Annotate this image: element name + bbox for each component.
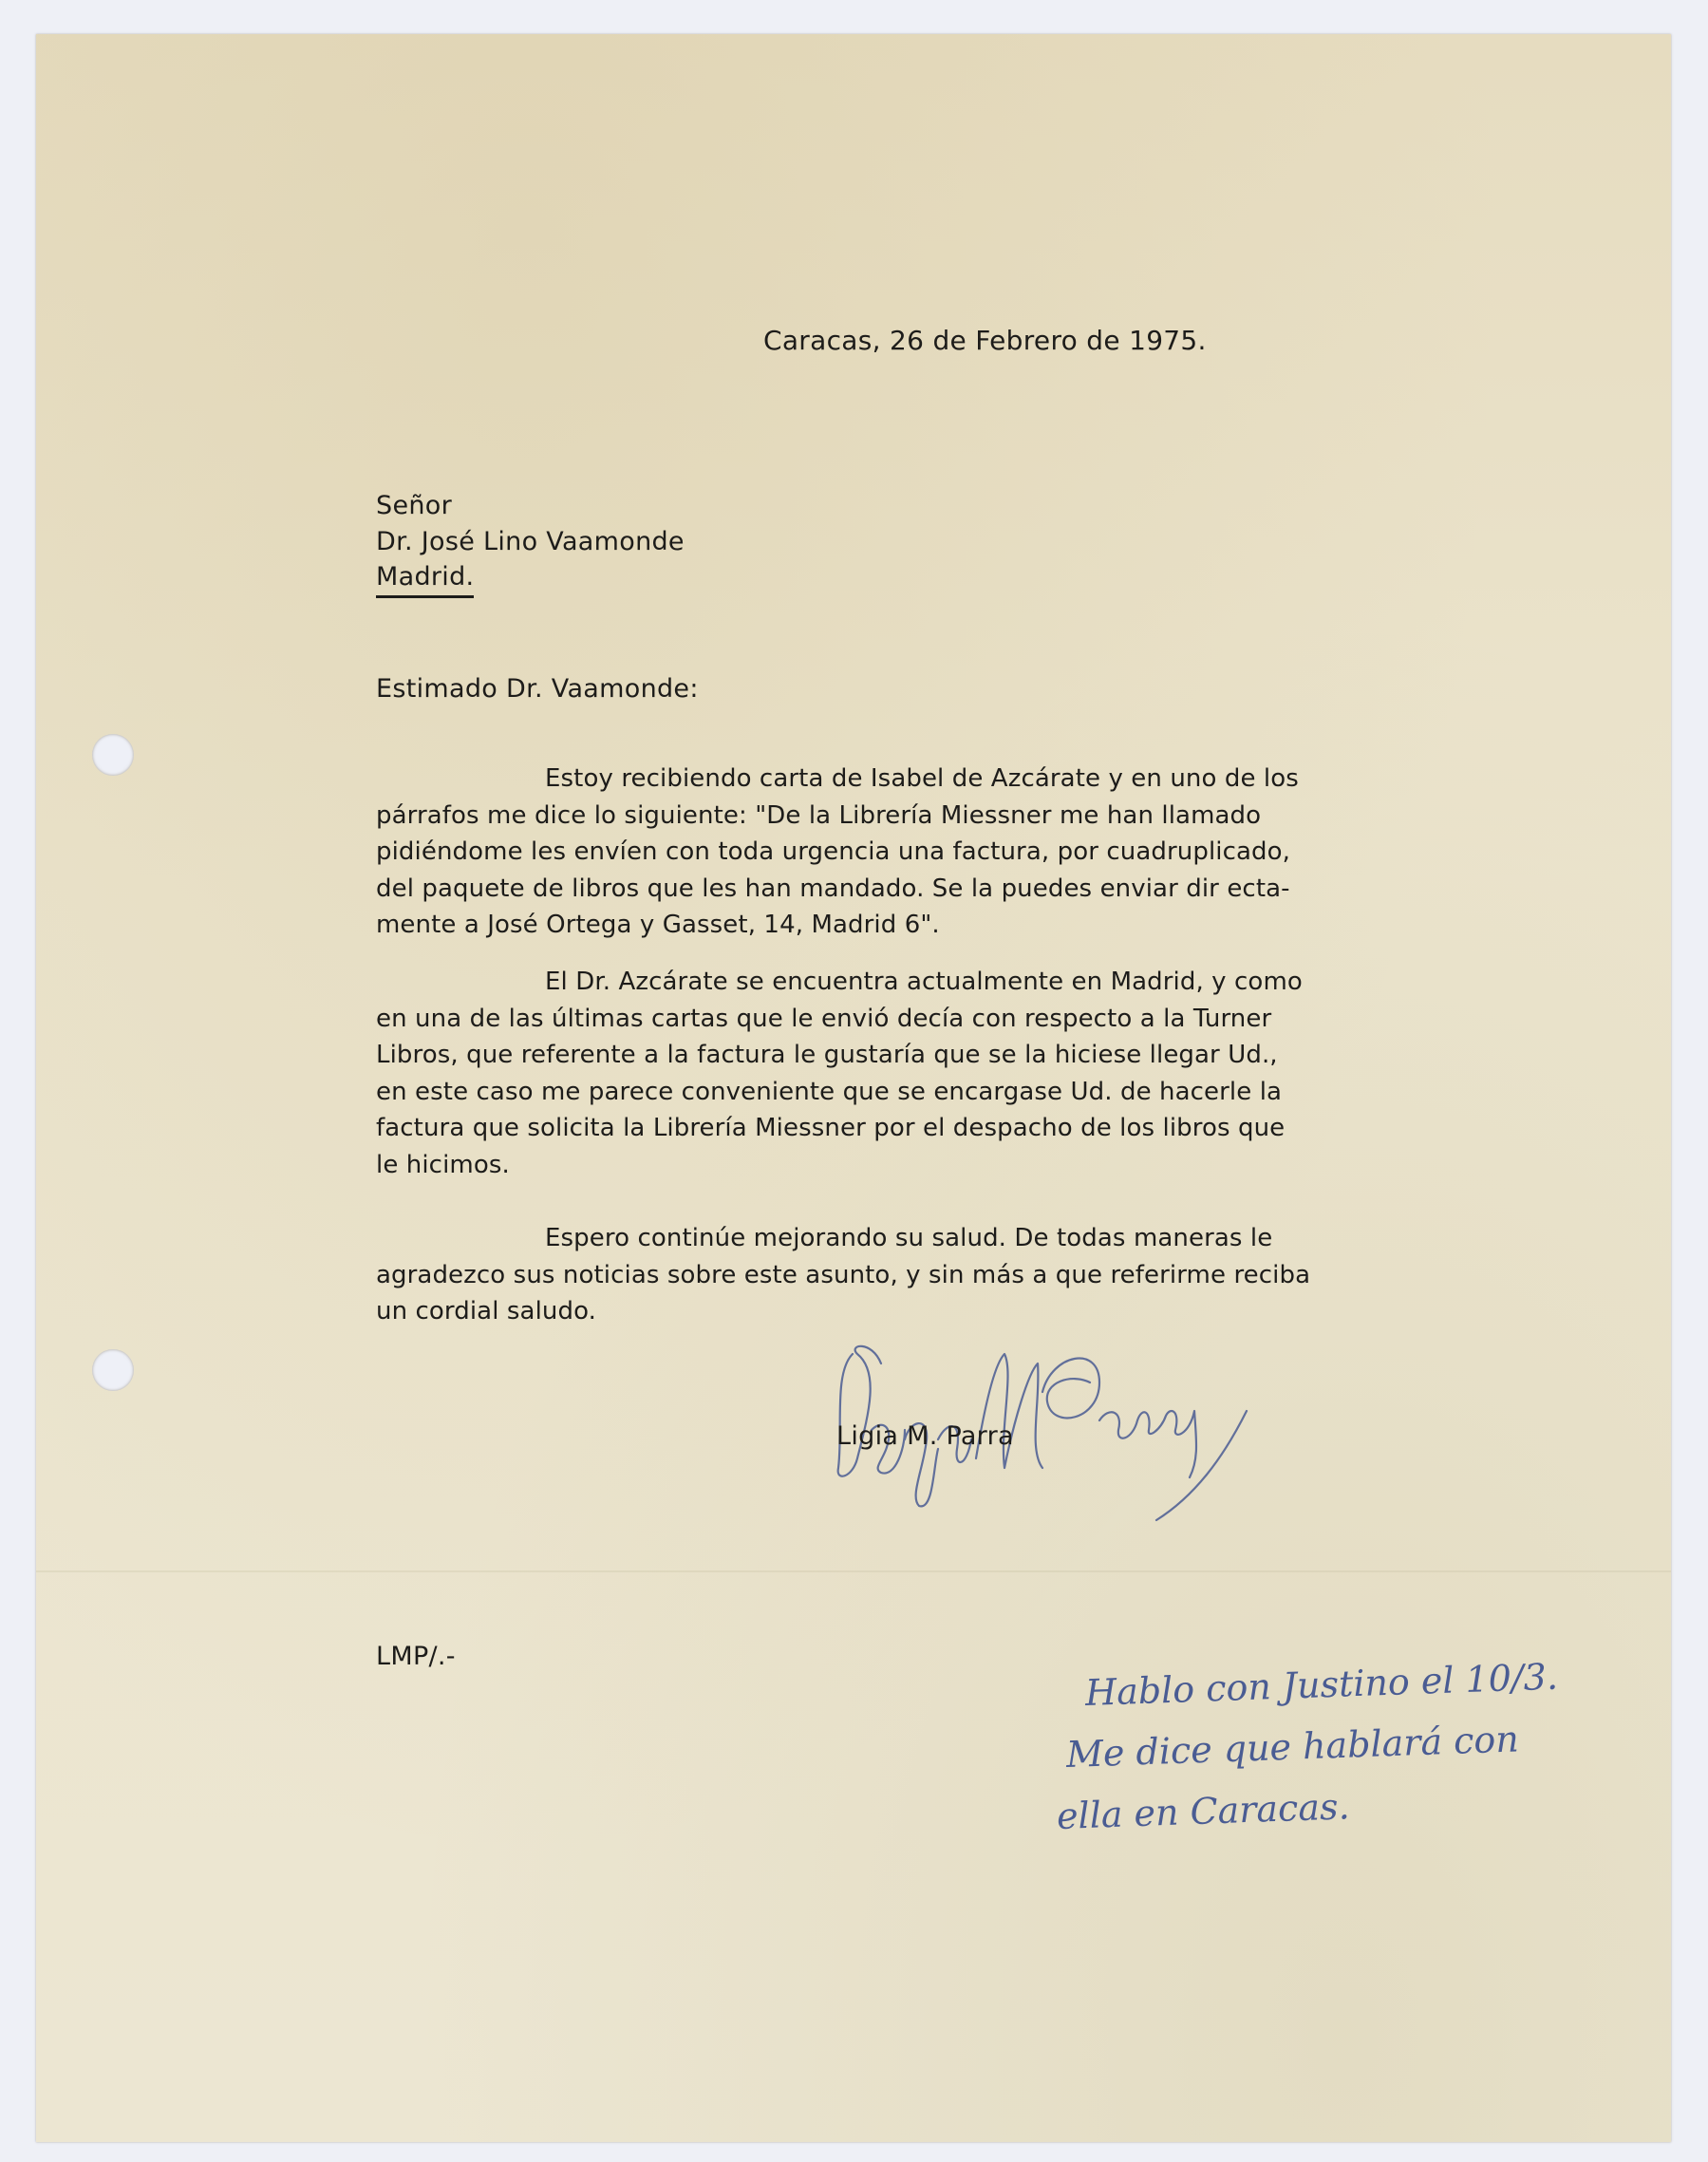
punch-hole-top (92, 734, 134, 776)
paragraph-line: párrafos me dice lo siguiente: "De la Li… (376, 798, 1439, 835)
paragraph-line: Libros, que referente a la factura le gu… (376, 1037, 1439, 1074)
handwritten-note-line-2: Me dice que hablará con (1065, 1718, 1519, 1776)
letter-page: Caracas, 26 de Febrero de 1975. Señor Dr… (36, 34, 1671, 2142)
paragraph-line: en una de las últimas cartas que le envi… (376, 1001, 1439, 1038)
salutation: Estimado Dr. Vaamonde: (376, 671, 699, 707)
recipient-title: Señor (376, 488, 452, 524)
signatory-name: Ligia M. Parra (836, 1419, 1014, 1455)
paragraph-line: factura que solicita la Librería Miessne… (376, 1110, 1439, 1147)
paper-fold-line (36, 1570, 1671, 1572)
body-paragraph-2: El Dr. Azcárate se encuentra actualmente… (376, 964, 1439, 1183)
paragraph-line: del paquete de libros que les han mandad… (376, 871, 1439, 908)
letter-date: Caracas, 26 de Febrero de 1975. (763, 323, 1207, 359)
paragraph-line: mente a José Ortega y Gasset, 14, Madrid… (376, 907, 1439, 944)
paragraph-line: le hicimos. (376, 1147, 1439, 1184)
punch-hole-bottom (92, 1349, 134, 1391)
paragraph-line: Espero continúe mejorando su salud. De t… (376, 1220, 1439, 1257)
reference-initials: LMP/.- (376, 1639, 456, 1675)
body-paragraph-1: Estoy recibiendo carta de Isabel de Azcá… (376, 761, 1439, 944)
paragraph-line: en este caso me parece conveniente que s… (376, 1074, 1439, 1111)
recipient-name: Dr. José Lino Vaamonde (376, 524, 685, 560)
body-paragraph-3: Espero continúe mejorando su salud. De t… (376, 1220, 1439, 1330)
paragraph-line: Estoy recibiendo carta de Isabel de Azcá… (376, 761, 1439, 798)
paragraph-line: El Dr. Azcárate se encuentra actualmente… (376, 964, 1439, 1001)
paragraph-line: pidiéndome les envíen con toda urgencia … (376, 834, 1439, 871)
recipient-city: Madrid. (376, 560, 474, 598)
paragraph-line: agradezco sus noticias sobre este asunto… (376, 1257, 1439, 1294)
handwritten-note-line-3: ella en Caracas. (1056, 1785, 1350, 1837)
handwritten-note-line-1: Hablo con Justino el 10/3. (1084, 1656, 1558, 1714)
